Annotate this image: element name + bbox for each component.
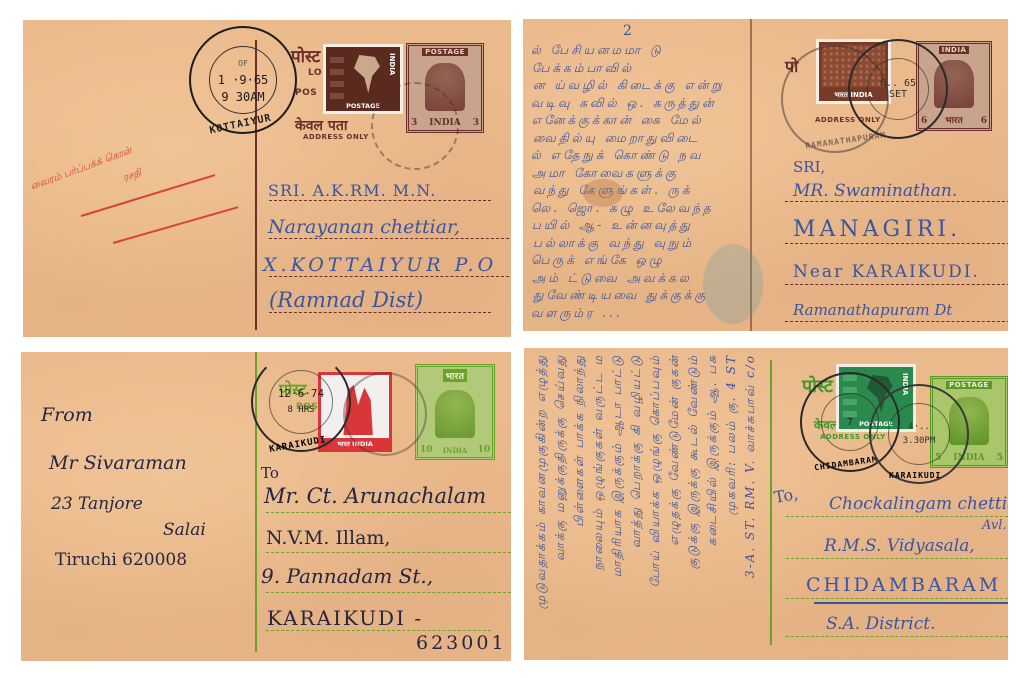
imprint-postage-label: POSTAGE (422, 48, 468, 56)
message-column: வாத்து பெறாக்கு கி வழியட்டு (629, 354, 643, 548)
address-line-4: Ramanathapuram Dt (793, 301, 952, 319)
message-column: மாதிரியாக இருக்கும் ஆடா பாட்டு (610, 354, 624, 577)
postcard-kottaiyur: पोस्ट LO POS केवल पता ADDRESS ONLY INDIA… (23, 20, 511, 337)
address-rule-1 (786, 516, 1008, 517)
address-rule-2 (266, 552, 511, 553)
postmark-karaikudi: 4·.. 3.30PM KARAIKUDI (869, 384, 969, 484)
address-line-4: S.A. District. (826, 614, 935, 634)
printed-hindi-title: पोस्ट (291, 44, 320, 67)
underline (814, 602, 1008, 604)
address-line-2: N.V.M. Illam, (266, 527, 390, 549)
postmark-time: 8 HRS (287, 402, 314, 418)
imprint-value-right: 10 (477, 445, 490, 455)
address-line-3: X.KOTTAIYUR P.O (263, 254, 497, 276)
address-rule-4 (269, 312, 491, 313)
sender-label: From (41, 404, 93, 426)
address-salutation: SRI, (793, 158, 825, 176)
postmark-time: 9 30AM (221, 89, 264, 106)
message-line: எனேக்குக்கான் கை மேல் (532, 113, 704, 129)
imprint-value-row: 10 INDIA 10 (418, 445, 492, 455)
postmark-date: 12·6·74 (278, 386, 324, 402)
message-column: முகவரி: பலம் கு. 4 ST (724, 354, 738, 515)
message-line: பெருக் எங்கே ஒழு (531, 253, 665, 269)
message-column: குடுக்கு இருக்கு கூடல் வேண்டும் (686, 354, 700, 569)
message-column: நாலையும் ஒழுங்குகள் வருட்ட ம (591, 354, 605, 571)
postcard-managiri: 2 ல் பேசியனமமா டுபேக்கம்பாவில்ன ய்வழில் … (523, 19, 1008, 331)
address-line-1: Mr. Ct. Arunachalam (264, 484, 486, 508)
address-line-1: MR. Swaminathan. (793, 181, 957, 201)
to-label: To, (773, 484, 800, 507)
address-line-4: KARAIKUDI - (267, 606, 423, 630)
address-rule-1 (785, 201, 1008, 202)
address-rule-2 (269, 238, 509, 239)
stamp-country: INDIA (388, 53, 396, 75)
message-line: பயில் ஆ- உன்னவுத்து (532, 218, 693, 234)
address-line-2: MANAGIRI. (793, 217, 961, 242)
message-column: கடைசியில் இருக்கும் ஆ. பசு (705, 354, 719, 546)
address-line-2: Narayanan chettiar, (268, 216, 460, 238)
postmark-extra: SET (889, 89, 907, 100)
address-line-3: Near KARAIKUDI. (793, 262, 980, 282)
red-note-line1: வைரம் பர்ப்பக்க் கொள் (29, 145, 134, 193)
address-rule-3 (266, 592, 511, 593)
imprint-bharat: भारत (945, 113, 962, 126)
message-column: வாக்கு மனுக்குதிருக்கு செய்வது (553, 354, 567, 561)
to-label: To (261, 464, 279, 482)
message-line: துவேண்டியவை துக்குக்கு (533, 288, 708, 304)
printed-post: POS (295, 88, 317, 98)
imprint-value-left: 10 (420, 445, 433, 455)
message-line: ல் பேசியனமமா டு (531, 43, 664, 59)
message-line: பல்லாக்கு வந்து வுநும் (533, 236, 694, 252)
red-underline-1 (81, 174, 215, 216)
address-line-1: SRI. A.K.RM. M.N. (268, 181, 436, 200)
postmark-date: 1 ·9·65 (218, 72, 269, 89)
message-line: பேக்கம்பாவில் (532, 61, 634, 77)
address-rule-4 (266, 630, 491, 631)
message-line: ன ய்வழில் கிடைக்கு என்று (533, 78, 725, 94)
sender-line-2: 23 Tanjore (51, 494, 143, 514)
message-line: வைதில்யு மைறாதுவிடை (533, 131, 700, 147)
message-line: அம் ட்டுவை அவக்கல (532, 271, 692, 287)
red-note-line2: ரசதி (122, 167, 144, 184)
postmark-dated: 6.. 65 SET (848, 39, 948, 139)
address-rule-3 (785, 284, 1008, 285)
sender-name: Mr Sivaraman (49, 452, 187, 474)
postcard-chidambaram: முடுவதாக்கம் காவனமுகுகின்ற எழுத்துவாக்கு… (524, 348, 1008, 660)
imprint-postage-label: POSTAGE (946, 381, 992, 389)
printed-address-only: ADDRESS ONLY (303, 133, 369, 141)
postmark-kottaiyur: OF 1 ·9·65 9 30AM KOTTAIYUR (189, 26, 297, 134)
message-line: லெ. ஜொ. கழு உலேவந்த (531, 201, 714, 217)
lion-capital-icon (435, 390, 475, 438)
imprint-stamp-lion-capital: भारत 10 INDIA 10 (415, 364, 495, 460)
address-honorific: Avl. (982, 518, 1007, 533)
address-pincode: 623001 (416, 632, 507, 654)
address-line-3: 9. Pannadam St., (261, 564, 433, 588)
message-line: ல் எதேநுக் கொண்டு நவ (531, 148, 704, 164)
message-column: 3-A. ST. RM. V. வாச்சுபாவ் c/o (743, 354, 757, 578)
address-rule-3 (786, 598, 1008, 599)
address-line-1: Chockalingam chettiar (829, 494, 1008, 514)
address-rule-4 (785, 321, 1008, 322)
postmark-time: 3.30PM (903, 434, 936, 448)
red-underline-2 (113, 206, 238, 243)
imprint-value-right: 6 (981, 116, 987, 126)
postmark-date: 7 (847, 417, 853, 428)
card-divider (770, 360, 772, 645)
ink-smudge (703, 244, 763, 324)
india-map-icon (354, 55, 380, 93)
address-line-4: (Ramnad Dist) (269, 288, 423, 312)
postmark-place: KARAIKUDI (889, 471, 941, 480)
imprint-bharat: भारत (443, 369, 468, 382)
address-rule-4 (786, 636, 1008, 637)
message-column: போய் வியாக்க ஒழுங்கு கொப்பவும் (648, 354, 662, 587)
address-rule-3 (269, 276, 509, 277)
postmark-place: KOTTAIYUR (209, 113, 273, 137)
sender-line-3: Salai (163, 520, 206, 540)
address-rule-1 (269, 200, 491, 201)
imprint-value-right: 3 (473, 118, 479, 128)
postmark-date: 4·.. (908, 420, 930, 434)
postmark-faint (343, 372, 427, 456)
address-rule-2 (785, 243, 1008, 244)
address-rule-2 (786, 558, 1008, 559)
message-column: பிள்ளைகள் பாக்க நிலாந்து (572, 354, 586, 527)
sender-line-4: Tiruchi 620008 (55, 550, 187, 570)
page-number: 2 (623, 23, 632, 39)
stamp-ornament (330, 51, 344, 99)
message-line: வளரும்ர ... (531, 306, 623, 322)
message-line: வடிவு கவில் ஒ. கருத்துன் (531, 96, 717, 112)
postcard-karaikudi: From Mr Sivaraman 23 Tanjore Salai Tiruc… (21, 352, 511, 661)
message-column: முடுவதாக்கம் காவனமுகுகின்ற எழுத்து (534, 354, 548, 609)
imprint-value-right: 5 (997, 453, 1003, 463)
postmark-faint (371, 82, 459, 170)
postmark-karaikudi: 12·6·74 8 HRS KARAIKUDI (251, 352, 351, 452)
stain (583, 179, 623, 207)
message-column: எழுதக்கு வேண்டுமேன் குகன் (667, 354, 681, 546)
imprint-india-label: INDIA (939, 46, 970, 54)
address-line-2: R.M.S. Vidyasala, (824, 536, 975, 556)
printed-local: LO (308, 68, 322, 78)
postmark-date: 6.. 65 (880, 78, 916, 89)
postmark-place: CHIDAMBARAM (814, 455, 879, 473)
address-rule-1 (266, 512, 511, 513)
address-line-3: CHIDAMBARAM (806, 574, 1001, 596)
postmark-top: OF (238, 55, 248, 72)
imprint-country: INDIA (443, 446, 467, 455)
